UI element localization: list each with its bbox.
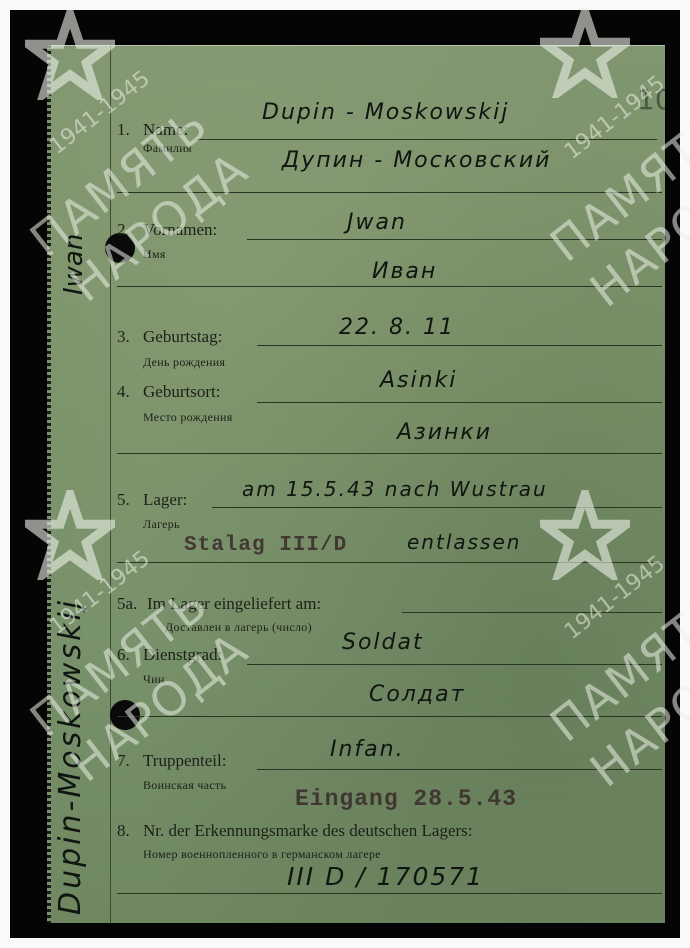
field-5a-label-de: Im Lager eingeliefert am: [147, 594, 321, 614]
field-2-number: 2. [117, 220, 130, 240]
field-7-label-de: Truppenteil: [143, 751, 226, 771]
field-2-line-ru [117, 286, 662, 287]
field-5-line [212, 507, 662, 508]
field-3-number: 3. [117, 327, 130, 347]
field-2-line [247, 239, 662, 240]
field-1-value-ru: Дупин - Московский [282, 148, 551, 173]
registration-card: Iwan Dupin-Moskowskij 103 1. Name: Фамил… [47, 45, 665, 923]
side-signature-full-name: Dupin-Moskowskij [53, 598, 88, 915]
punch-hole-bottom [110, 700, 140, 730]
margin-line [110, 45, 111, 923]
corner-mark: 103 [637, 83, 665, 116]
field-4-value-ru: Азинки [397, 420, 492, 445]
field-8-line [117, 893, 662, 894]
image-frame: Iwan Dupin-Moskowskij 103 1. Name: Фамил… [10, 10, 680, 938]
field-1-label-ru: Фамилия [143, 141, 192, 156]
field-8-label-ru: Номер военнопленного в германском лагере [143, 847, 381, 862]
field-8-value: III D / 170571 [287, 862, 484, 891]
field-5-label-ru: Лагерь [143, 517, 180, 532]
field-8-label-de: Nr. der Erkennungsmarke des deutschen La… [143, 821, 473, 841]
field-4-value-de: Asinki [380, 368, 457, 393]
card-perforated-edge [47, 45, 51, 923]
field-1-line-ru [117, 192, 662, 193]
field-7-value: Infan. [330, 737, 405, 762]
field-4-number: 4. [117, 382, 130, 402]
field-2-value-ru: Иван [372, 259, 437, 284]
field-5-value-handwritten: am 15.5.43 nach Wustrau [242, 477, 548, 501]
field-1-value-de: Dupin - Moskowskij [262, 100, 509, 125]
field-3-label-de: Geburtstag: [143, 327, 222, 347]
field-6-value-de: Soldat [342, 630, 424, 655]
field-6-label-de: Dienstgrad: [143, 645, 222, 665]
field-6-line [247, 664, 662, 665]
field-5-line-ru [117, 562, 662, 563]
field-3-line [257, 345, 662, 346]
field-4-line-ru [117, 453, 662, 454]
field-1-line [197, 139, 657, 140]
side-signature-first-name: Iwan [59, 234, 89, 295]
field-2-label-de: Vornamen: [143, 220, 217, 240]
field-7-line [257, 769, 662, 770]
field-5-stamp-stalag: Stalag III/D [184, 534, 347, 557]
field-4-label-ru: Место рождения [143, 410, 233, 425]
card-top-edge [47, 45, 665, 46]
field-7-label-ru: Воинская часть [143, 778, 226, 793]
field-1-number: 1. [117, 120, 130, 140]
field-5-value-entlassen: entlassen [407, 530, 521, 554]
field-1-label-de: Name: [143, 120, 188, 140]
field-3-label-ru: День рождения [143, 355, 225, 370]
field-3-value: 22. 8. 11 [339, 315, 455, 340]
field-6-label-ru: Чин [143, 672, 165, 687]
field-6-line-ru [117, 716, 662, 717]
field-5a-number: 5a. [117, 594, 137, 614]
field-2-value-de: Jwan [347, 210, 407, 235]
field-5-label-de: Lager: [143, 490, 187, 510]
field-2-label-ru: Имя [143, 247, 166, 262]
field-4-line [257, 402, 662, 403]
field-5a-line [402, 612, 662, 613]
field-6-number: 6. [117, 645, 130, 665]
field-7-number: 7. [117, 751, 130, 771]
field-5-number: 5. [117, 490, 130, 510]
field-8-number: 8. [117, 821, 130, 841]
field-6-value-ru: Солдат [369, 682, 465, 707]
field-4-label-de: Geburtsort: [143, 382, 220, 402]
field-5a-label-ru: Доставлен в лагерь (число) [165, 620, 312, 635]
field-7-stamp-eingang: Eingang 28.5.43 [295, 786, 517, 812]
